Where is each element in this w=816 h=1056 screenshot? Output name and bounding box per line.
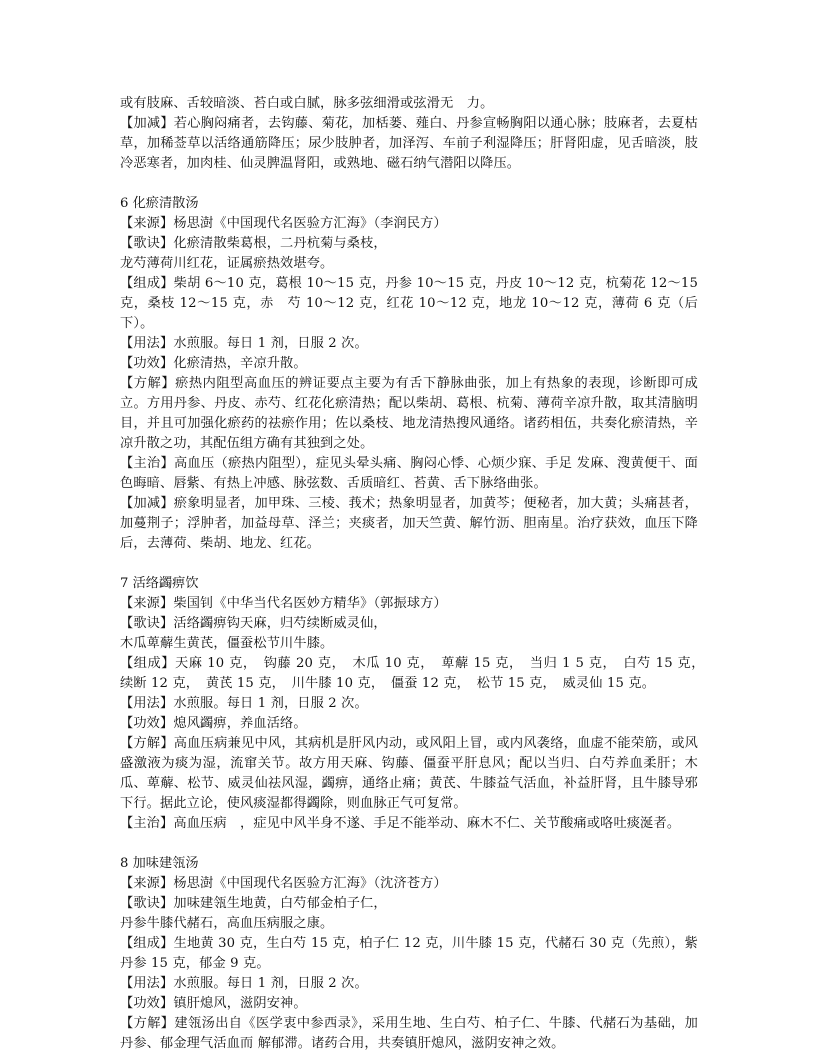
source-text: 杨思澍《中国现代名医验方汇海》（沈济苍方） [173, 876, 447, 891]
section-title-7: 7 活络蠲痹饮 [120, 574, 698, 594]
verse-paragraph: 【歌诀】加味建瓴生地黄，白芍郁金柏子仁， [120, 894, 698, 914]
modify-paragraph: 【加减】瘀象明显者，加甲珠、三棱、莪术；热象明显者，加黄芩；便秘者，加大黄；头痛… [120, 494, 698, 554]
indication-paragraph: 【主治】高血压（瘀热内阻型），症见头晕头痛、胸闷心悸、心烦少寐、手足 发麻、溲黄… [120, 454, 698, 494]
composition-tag: 【组成】 [120, 656, 175, 671]
source-tag: 【来源】 [120, 216, 173, 231]
effect-tag: 【功效】 [120, 996, 173, 1011]
modify-tag: 【加减】 [120, 496, 174, 511]
intro-continuation: 或有肢麻、舌较暗淡、苔白或白腻，脉多弦细滑或弦滑无 力。 [120, 94, 698, 114]
verse-paragraph: 【歌诀】化瘀清散柴葛根，二丹杭菊与桑枝， [120, 234, 698, 254]
verse-line-1: 加味建瓴生地黄，白芍郁金柏子仁， [173, 896, 386, 911]
composition-text: 柴胡 6～10 克，葛根 10～15 克，丹参 10～15 克，丹皮 10～12… [120, 276, 698, 331]
verse-line-2: 木瓜萆薢生黄芪，僵蚕松节川牛膝。 [120, 634, 698, 654]
verse-line-1: 化瘀清散柴葛根，二丹杭菊与桑枝， [173, 236, 386, 251]
source-paragraph: 【来源】杨思澍《中国现代名医验方汇海》（沈济苍方） [120, 874, 698, 894]
effect-text: 镇肝熄风，滋阴安神。 [173, 996, 306, 1011]
source-text: 杨思澍《中国现代名医验方汇海》（李润民方） [173, 216, 447, 231]
explanation-paragraph: 【方解】瘀热内阻型高血压的辨证要点主要为有舌下静脉曲张，加上有热象的表现，诊断即… [120, 374, 698, 454]
indication-tag: 【主治】 [120, 456, 174, 471]
effect-paragraph: 【功效】化瘀清热，辛凉升散。 [120, 354, 698, 374]
usage-text: 水煎服。每日 1 剂，日服 2 次。 [173, 696, 368, 711]
verse-paragraph: 【歌诀】活络蠲痹钩天麻，归芍续断威灵仙， [120, 614, 698, 634]
effect-paragraph: 【功效】镇肝熄风，滋阴安神。 [120, 994, 698, 1014]
section-title-6: 6 化瘀清散汤 [120, 194, 698, 214]
source-paragraph: 【来源】杨思澍《中国现代名医验方汇海》（李润民方） [120, 214, 698, 234]
indication-text: 高血压病 ，症见中风半身不遂、手足不能举动、麻木不仁、关节酸痛或咯吐痰涎者。 [173, 816, 680, 831]
composition-paragraph: 【组成】柴胡 6～10 克，葛根 10～15 克，丹参 10～15 克，丹皮 1… [120, 274, 698, 334]
modify-tag: 【加减】 [120, 116, 174, 131]
explanation-tag: 【方解】 [120, 1016, 174, 1031]
indication-tag: 【主治】 [120, 816, 173, 831]
verse-tag: 【歌诀】 [120, 236, 173, 251]
composition-tag: 【组成】 [120, 276, 174, 291]
usage-text: 水煎服。每日 1 剂，日服 2 次。 [173, 976, 368, 991]
source-paragraph: 【来源】柴国钊《中华当代名医妙方精华》（郭振球方） [120, 594, 698, 614]
composition-text: 生地黄 30 克，生白芍 15 克，柏子仁 12 克，川牛膝 15 克，代赭石 … [120, 936, 698, 971]
spacer [120, 174, 698, 194]
section-title-8: 8 加味建瓴汤 [120, 854, 698, 874]
usage-paragraph: 【用法】水煎服。每日 1 剂，日服 2 次。 [120, 974, 698, 994]
effect-tag: 【功效】 [120, 356, 173, 371]
verse-tag: 【歌诀】 [120, 616, 173, 631]
effect-text: 熄风蠲痹，养血活络。 [173, 716, 306, 731]
usage-paragraph: 【用法】水煎服。每日 1 剂，日服 2 次。 [120, 694, 698, 714]
explanation-paragraph: 【方解】建瓴汤出自《医学衷中参西录》，采用生地、生白芍、柏子仁、牛膝、代赭石为基… [120, 1014, 698, 1054]
explanation-text: 高血压病兼见中风，其病机是肝风内动，或风阳上冒，或内风袭络，血虚不能荣筋，或风盛… [120, 736, 698, 811]
effect-tag: 【功效】 [120, 716, 173, 731]
indication-paragraph: 【主治】高血压病 ，症见中风半身不遂、手足不能举动、麻木不仁、关节酸痛或咯吐痰涎… [120, 814, 698, 834]
verse-line-2: 丹参牛膝代赭石，高血压病服之康。 [120, 914, 698, 934]
usage-tag: 【用法】 [120, 976, 173, 991]
spacer [120, 834, 698, 854]
usage-tag: 【用法】 [120, 696, 173, 711]
verse-line-2: 龙芍薄荷川红花，证属瘀热效堪夸。 [120, 254, 698, 274]
usage-paragraph: 【用法】水煎服。每日 1 剂，日服 2 次。 [120, 334, 698, 354]
usage-text: 水煎服。每日 1 剂，日服 2 次。 [173, 336, 368, 351]
composition-text: 天麻 10 克， 钩藤 20 克， 木瓜 10 克， 萆薢 15 克， 当归 1… [120, 656, 711, 691]
effect-paragraph: 【功效】熄风蠲痹，养血活络。 [120, 714, 698, 734]
document-page: 或有肢麻、舌较暗淡、苔白或白腻，脉多弦细滑或弦滑无 力。 【加减】若心胸闷痛者，… [120, 94, 698, 1054]
intro-modify-paragraph: 【加减】若心胸闷痛者，去钩藤、菊花，加栝蒌、薤白、丹参宣畅胸阳以通心脉；肢麻者，… [120, 114, 698, 174]
composition-paragraph: 【组成】天麻 10 克， 钩藤 20 克， 木瓜 10 克， 萆薢 15 克， … [120, 654, 698, 694]
composition-paragraph: 【组成】生地黄 30 克，生白芍 15 克，柏子仁 12 克，川牛膝 15 克，… [120, 934, 698, 974]
source-tag: 【来源】 [120, 596, 173, 611]
explanation-paragraph: 【方解】高血压病兼见中风，其病机是肝风内动，或风阳上冒，或内风袭络，血虚不能荣筋… [120, 734, 698, 814]
source-tag: 【来源】 [120, 876, 173, 891]
explanation-tag: 【方解】 [120, 736, 174, 751]
source-text: 柴国钊《中华当代名医妙方精华》（郭振球方） [173, 596, 447, 611]
explanation-tag: 【方解】 [120, 376, 175, 391]
composition-tag: 【组成】 [120, 936, 174, 951]
explanation-text: 瘀热内阻型高血压的辨证要点主要为有舌下静脉曲张，加上有热象的表现，诊断即可成立。… [120, 376, 698, 451]
effect-text: 化瘀清热，辛凉升散。 [173, 356, 306, 371]
explanation-text: 建瓴汤出自《医学衷中参西录》，采用生地、生白芍、柏子仁、牛膝、代赭石为基础，加丹… [120, 1016, 698, 1051]
verse-line-1: 活络蠲痹钩天麻，归芍续断威灵仙， [173, 616, 386, 631]
modify-text: 瘀象明显者，加甲珠、三棱、莪术；热象明显者，加黄芩；便秘者，加大黄；头痛甚者，加… [120, 496, 698, 551]
spacer [120, 554, 698, 574]
indication-text: 高血压（瘀热内阻型），症见头晕头痛、胸闷心悸、心烦少寐、手足 发麻、溲黄便干、面… [120, 456, 698, 491]
modify-text: 若心胸闷痛者，去钩藤、菊花，加栝蒌、薤白、丹参宣畅胸阳以通心脉；肢麻者，去夏枯草… [120, 116, 698, 171]
verse-tag: 【歌诀】 [120, 896, 173, 911]
usage-tag: 【用法】 [120, 336, 173, 351]
